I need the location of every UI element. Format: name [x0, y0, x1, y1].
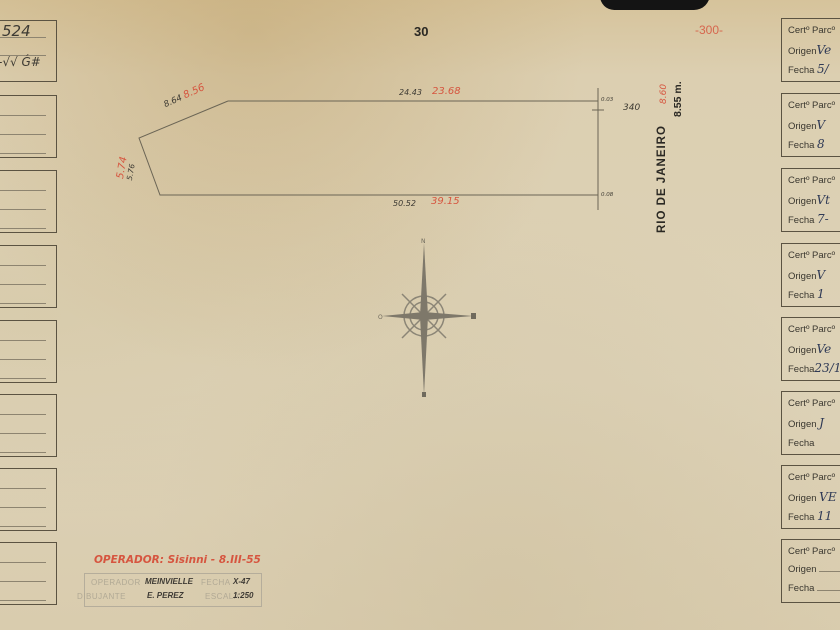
cert-box: Certº Parcº Origen J Fecha [781, 391, 840, 455]
right-mark-top: 0.03 [601, 97, 613, 103]
fecha-value: 1 [817, 287, 825, 301]
origen-blank-line [819, 571, 840, 572]
fecha-label: Fecha [788, 512, 814, 523]
origen-label: Origen [788, 196, 817, 207]
fecha-label: Fecha [788, 583, 814, 594]
stamp-fecha-label: FECHA [201, 578, 231, 587]
cert-box: Certº Parcº Origen Fecha [781, 539, 840, 603]
origen-value: Vt [817, 193, 831, 207]
cert-label: Certº Parcº [788, 175, 835, 186]
fecha-label: Fecha [788, 140, 814, 151]
fecha-value: 8 [817, 137, 825, 151]
origen-value: VE [819, 490, 836, 504]
fecha-label: Fecha [788, 438, 814, 449]
cert-label: Certº Parcº [788, 324, 835, 335]
cert-label: Certº Parcº [788, 25, 835, 36]
origen-label: Origen [788, 493, 817, 504]
fecha-label: Fecha [788, 215, 814, 226]
stamp-dibujante-label: DIBUJANTE [77, 592, 126, 601]
cert-box: Certº Parcº Origen VE Fecha 11 [781, 465, 840, 529]
stamp-operador-label: OPERADOR [91, 578, 141, 587]
origen-label: Origen [788, 564, 817, 575]
top-side-black: 24.43 [399, 88, 422, 97]
drafting-stamp: OPERADOR MEINVIELLE FECHA X-47 DIBUJANTE… [84, 573, 262, 607]
fecha-value: 11 [817, 509, 832, 523]
cert-box: Certº Parcº OrigenV Fecha 8 [781, 93, 840, 157]
right-mark-bottom: 0.08 [601, 192, 613, 198]
fecha-value: 5/ [817, 62, 829, 76]
origen-label: Origen [788, 121, 817, 132]
origen-label: Origen [788, 419, 817, 430]
fecha-label: Fecha [788, 65, 814, 76]
cert-box: Certº Parcº OrigenVe Fecha 5/ [781, 18, 840, 82]
top-side-red: 23.68 [432, 86, 461, 97]
fecha-label: Fecha [788, 364, 814, 375]
street-width: 8.55 m. [672, 81, 684, 117]
depth-label: 340 [623, 103, 640, 113]
fecha-label: Fecha [788, 290, 814, 301]
svg-text:N: N [421, 238, 426, 245]
left-side-label: 5.74 5.76 [116, 156, 138, 181]
fecha-value: 7- [817, 212, 829, 226]
stamp-dibujante-value: E. PEREZ [147, 591, 183, 600]
cert-label: Certº Parcº [788, 100, 835, 111]
origen-value: Ve [817, 43, 832, 57]
compass-rose-icon: N O [378, 235, 478, 400]
origen-value: J [819, 416, 824, 430]
cert-label: Certº Parcº [788, 398, 835, 409]
cert-box: Certº Parcº OrigenVe Fecha23/1 [781, 317, 840, 381]
street-width-red: 8.60 [659, 84, 669, 104]
bottom-side-black: 50.52 [393, 199, 416, 208]
fecha-value: 23/1 [814, 361, 840, 375]
cert-label: Certº Parcº [788, 250, 835, 261]
operator-line: OPERADOR: Sisinni - 8.III-55 [94, 554, 261, 566]
origen-value: Ve [817, 342, 832, 356]
cert-label: Certº Parcº [788, 472, 835, 483]
stamp-fecha-value: X-47 [233, 577, 250, 586]
origen-value: V [817, 268, 826, 282]
cert-box: Certº Parcº OrigenV Fecha 1 [781, 243, 840, 307]
origen-label: Origen [788, 271, 817, 282]
street-name: RIO DE JANEIRO [656, 125, 668, 233]
cert-box: Certº Parcº OrigenVt Fecha 7- [781, 168, 840, 232]
origen-label: Origen [788, 345, 817, 356]
cert-label: Certº Parcº [788, 546, 835, 557]
bottom-side-red: 39.15 [431, 196, 460, 207]
fecha-blank-line [817, 590, 840, 591]
svg-text:O: O [378, 314, 383, 321]
stamp-operador-value: MEINVIELLE [145, 577, 193, 586]
stamp-escala-value: 1:250 [233, 591, 253, 600]
origen-label: Origen [788, 46, 817, 57]
origen-value: V [817, 118, 826, 132]
